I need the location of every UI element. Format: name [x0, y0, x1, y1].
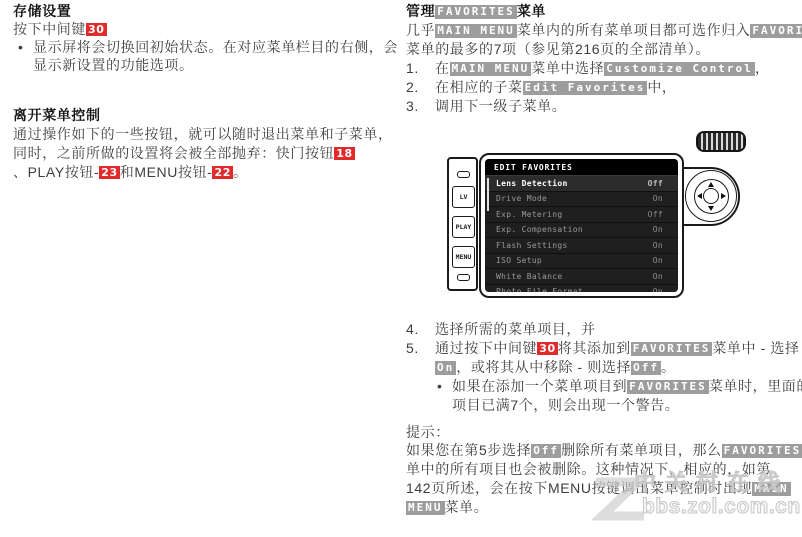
- menu-row: Photo File FormatOn: [485, 285, 678, 293]
- menu-row-value: On: [653, 256, 663, 265]
- text-run: 菜单时，里面的: [709, 378, 802, 394]
- text-run: 菜单中选择: [531, 60, 604, 76]
- screen-title: EDIT FAVORITES: [485, 159, 678, 176]
- text-run: 存储设置: [13, 3, 71, 19]
- menu-row-value: On: [653, 272, 663, 281]
- menu-row-label: Photo File Format: [496, 287, 583, 292]
- menu-row-label: Exp. Compensation: [496, 225, 583, 234]
- ui-term-tag: Off: [531, 444, 561, 458]
- text-line: 离开菜单控制: [13, 107, 101, 124]
- text-run: 按下中间键: [13, 21, 86, 37]
- text-run: 管理: [406, 3, 435, 19]
- text-run: 选择所需的菜单项目，并: [435, 321, 596, 337]
- text-line: 同时，之前所做的设置将会被全部抛弃：快门按钮18: [13, 145, 355, 162]
- led-indicator-top: [457, 171, 470, 178]
- text-run: 如果在添加一个菜单项目到: [452, 378, 627, 394]
- text-run: •: [18, 39, 24, 55]
- text-line: 选择所需的菜单项目，并: [435, 321, 596, 338]
- menu-row: Drive ModeOn: [485, 192, 678, 208]
- text-run: 显示屏将会切换回初始状态。在对应菜单栏目的右侧，会: [33, 39, 398, 55]
- text-run: 调用下一级子菜单。: [435, 98, 566, 114]
- menu-row-label: Flash Settings: [496, 241, 568, 250]
- text-run: 142页所述，会在按下MENU按键调出菜单控制时出现: [406, 480, 752, 496]
- menu-row: Flash SettingsOn: [485, 238, 678, 254]
- text-run: 。: [661, 359, 676, 375]
- text-line: 项目已满7个，则会出现一个警告。: [452, 397, 679, 414]
- text-run: ，或将其从中移除 - 则选择: [456, 359, 631, 375]
- ui-term-tag: Edit Favorites: [523, 81, 648, 95]
- text-line: On，或将其从中移除 - 则选择Off。: [435, 359, 676, 376]
- text-line: 按下中间键30: [13, 21, 107, 38]
- text-line: 存储设置: [13, 3, 71, 20]
- text-run: 显示新设置的功能选项。: [33, 57, 194, 73]
- menu-row: ISO SetupOn: [485, 254, 678, 270]
- text-line: 显示屏将会切换回初始状态。在对应菜单栏目的右侧，会: [33, 39, 398, 56]
- text-run: 通过操作如下的一些按钮，就可以随时退出菜单和子菜单，: [13, 126, 393, 142]
- text-run: 菜单内的所有菜单项目都可选作归入: [517, 22, 751, 38]
- text-run: 菜单中 - 选择: [712, 340, 799, 356]
- text-line: 5.: [406, 340, 419, 357]
- text-run: 单中的所有项目也会被删除。这种情况下，相应的，如第: [406, 461, 771, 477]
- ui-term-tag: FAVORITES: [631, 342, 713, 356]
- ui-term-tag: On: [435, 361, 456, 375]
- menu-row-value: On: [653, 194, 663, 203]
- ref-number-tag: 30: [86, 23, 107, 36]
- menu-row-label: ISO Setup: [496, 256, 542, 265]
- text-run: 菜单的最多的7项（参见第216页的全部清单）。: [406, 41, 710, 57]
- menu-row-label: Drive Mode: [496, 194, 547, 203]
- text-run: 菜单。: [445, 499, 489, 515]
- ui-term-tag: MENU: [406, 501, 445, 515]
- ui-term-tag: FAVORITES: [750, 24, 802, 38]
- text-run: 提示：: [406, 424, 450, 440]
- text-run: 项目已满7个，则会出现一个警告。: [452, 397, 679, 413]
- menu-row-value: Off: [648, 210, 663, 219]
- text-line: 管理FAVORITES菜单: [406, 3, 546, 20]
- dpad-icon: [685, 170, 737, 222]
- text-run: 1.: [406, 60, 419, 76]
- text-run: 和MENU按钮-: [120, 164, 213, 180]
- text-line: MENU菜单。: [406, 499, 488, 516]
- text-line: 2.: [406, 79, 419, 96]
- text-run: ，: [755, 60, 770, 76]
- menu-row: Lens DetectionOff: [485, 176, 678, 192]
- text-run: 离开菜单控制: [13, 107, 101, 123]
- manual-page: 存储设置按下中间键30•显示屏将会切换回初始状态。在对应菜单栏目的右侧，会显示新…: [0, 0, 802, 537]
- dpad-ring: [694, 179, 729, 214]
- text-line: 、PLAY按钮-23和MENU按钮-22。: [13, 164, 248, 181]
- text-line: 几乎MAIN MENU菜单内的所有菜单项目都可选作归入FAVORITES: [406, 22, 802, 39]
- text-line: 如果在添加一个菜单项目到FAVORITES菜单时，里面的: [452, 378, 802, 395]
- text-line: 3.: [406, 98, 419, 115]
- ui-term-tag: MAIN MENU: [450, 62, 532, 76]
- text-run: 中，: [647, 79, 676, 95]
- ui-term-tag: Off: [631, 361, 661, 375]
- text-run: 菜单: [517, 3, 546, 19]
- menu-row-value: On: [653, 241, 663, 250]
- ref-number-tag: 30: [537, 342, 558, 355]
- scroll-indicator: [487, 178, 489, 211]
- watermark-site: bbs.zol.com.cn: [642, 495, 801, 518]
- led-indicator-bottom: [457, 274, 470, 281]
- thumbwheel-icon: [696, 131, 746, 152]
- text-line: 在相应的子菜Edit Favorites中，: [435, 79, 677, 96]
- text-run: 将其添加到: [558, 340, 631, 356]
- text-line: 通过按下中间键30将其添加到FAVORITES菜单中 - 选择: [435, 340, 800, 357]
- menu-row: Exp. MeteringOff: [485, 207, 678, 223]
- ui-term-tag: Customize Control: [604, 62, 755, 76]
- text-run: 在相应的子菜: [435, 79, 523, 95]
- text-line: •: [18, 39, 24, 56]
- ref-number-tag: 22: [212, 166, 233, 179]
- text-line: 4.: [406, 321, 419, 338]
- text-run: 。: [233, 164, 248, 180]
- camera-body: EDIT FAVORITES Lens DetectionOffDrive Mo…: [479, 153, 684, 298]
- text-line: 提示：: [406, 424, 450, 441]
- camera-button-strip: LVPLAYMENU: [447, 157, 478, 291]
- menu-list: Lens DetectionOffDrive ModeOnExp. Meteri…: [485, 176, 678, 292]
- text-run: 同时，之前所做的设置将会被全部抛弃：快门按钮: [13, 145, 334, 161]
- dpad-center-button: [703, 188, 719, 204]
- menu-row-label: Exp. Metering: [496, 210, 563, 219]
- menu-row: Exp. CompensationOn: [485, 223, 678, 239]
- text-line: 通过操作如下的一些按钮，就可以随时退出菜单和子菜单，: [13, 126, 393, 143]
- camera-screen: EDIT FAVORITES Lens DetectionOffDrive Mo…: [485, 159, 678, 292]
- text-run: 5.: [406, 340, 419, 356]
- play-button: PLAY: [452, 216, 475, 238]
- arrow-left-icon: [697, 193, 702, 199]
- arrow-right-icon: [721, 193, 726, 199]
- menu-row-label: White Balance: [496, 272, 563, 281]
- text-line: 1.: [406, 60, 419, 77]
- text-line: 调用下一级子菜单。: [435, 98, 566, 115]
- text-run: •: [437, 378, 443, 394]
- arrow-down-icon: [708, 206, 714, 211]
- ui-term-tag: FAVORITES: [722, 444, 802, 458]
- text-line: 142页所述，会在按下MENU按键调出菜单控制时出现MAIN: [406, 480, 791, 497]
- ui-term-tag: FAVORITES: [435, 5, 517, 19]
- text-run: 如果您在第5步选择: [406, 442, 531, 458]
- ui-term-tag: FAVORITES: [627, 380, 709, 394]
- text-run: 删除所有菜单项目，那么: [561, 442, 722, 458]
- menu-row-value: Off: [648, 179, 663, 188]
- lv-button: LV: [452, 186, 475, 208]
- text-run: 通过按下中间键: [435, 340, 537, 356]
- ref-number-tag: 18: [334, 147, 355, 160]
- text-run: 几乎: [406, 22, 435, 38]
- text-run: 、PLAY按钮-: [13, 164, 99, 180]
- text-line: 在MAIN MENU菜单中选择Customize Control，: [435, 60, 769, 77]
- text-line: 如果您在第5步选择Off删除所有菜单项目，那么FAVORITES菜: [406, 442, 802, 459]
- text-line: •: [437, 378, 443, 395]
- menu-row-value: On: [653, 287, 663, 292]
- menu-row-label: Lens Detection: [496, 179, 568, 188]
- ui-term-tag: MAIN: [752, 482, 791, 496]
- menu-row-value: On: [653, 225, 663, 234]
- menu-button: MENU: [452, 246, 475, 268]
- text-run: 2.: [406, 79, 419, 95]
- text-line: 菜单的最多的7项（参见第216页的全部清单）。: [406, 41, 710, 58]
- menu-row: White BalanceOn: [485, 269, 678, 285]
- text-line: 显示新设置的功能选项。: [33, 57, 194, 74]
- ref-number-tag: 23: [99, 166, 120, 179]
- ui-term-tag: MAIN MENU: [435, 24, 517, 38]
- text-run: 在: [435, 60, 450, 76]
- arrow-up-icon: [708, 182, 714, 187]
- text-line: 单中的所有项目也会被删除。这种情况下，相应的，如第: [406, 461, 771, 478]
- text-run: 3.: [406, 98, 419, 114]
- text-run: 4.: [406, 321, 419, 337]
